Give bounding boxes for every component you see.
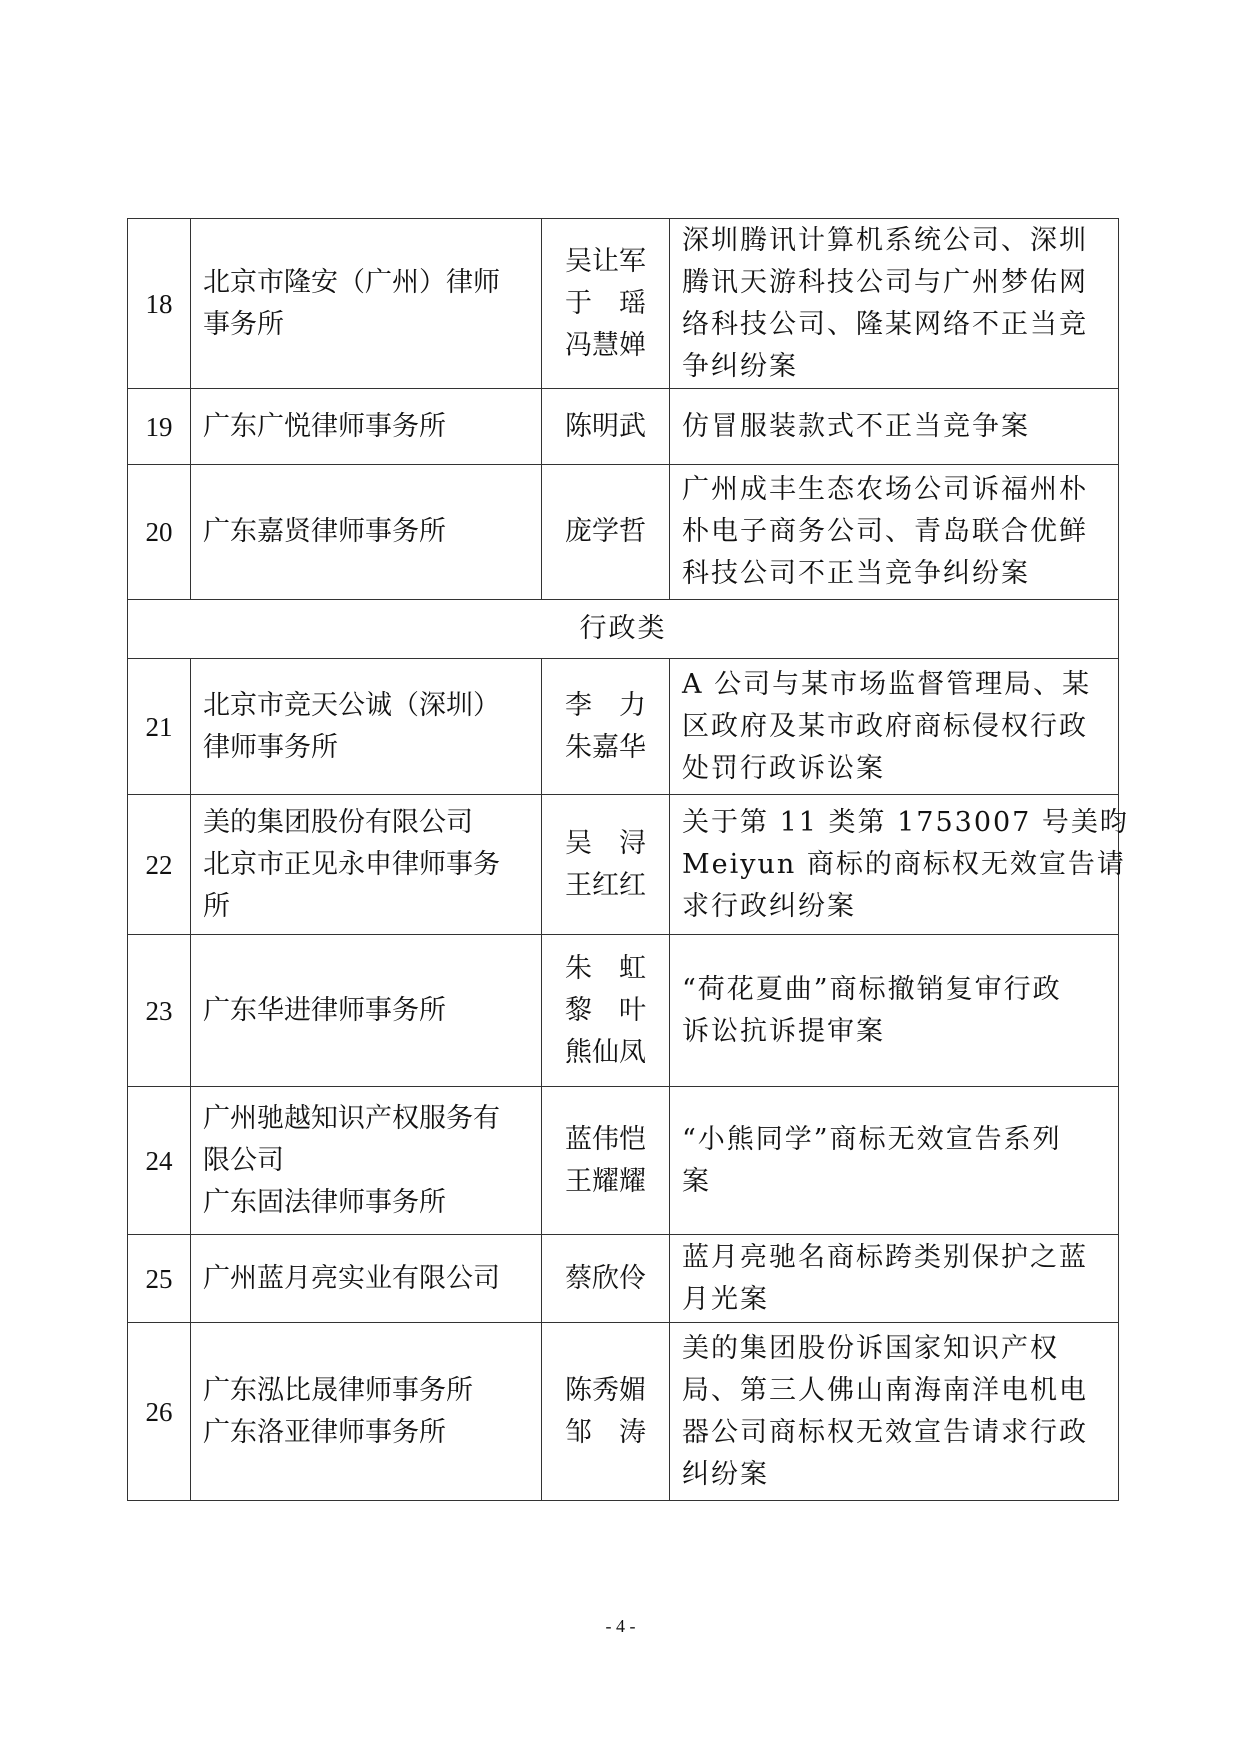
organization-line: 广东洛亚律师事务所 bbox=[203, 1412, 533, 1454]
case-line: 腾讯天游科技公司与广州梦佑网 bbox=[682, 262, 1108, 304]
people-cell: 朱 虹黎 叶熊仙凤 bbox=[542, 935, 670, 1087]
organization-cell: 广州驰越知识产权服务有限公司广东固法律师事务所 bbox=[191, 1087, 542, 1235]
case-line: Meiyun 商标的商标权无效宣告请 bbox=[682, 844, 1108, 886]
case-line: 案 bbox=[682, 1161, 1108, 1203]
people-line: 王耀耀 bbox=[542, 1161, 669, 1203]
organization-cell: 广州蓝月亮实业有限公司 bbox=[191, 1235, 542, 1323]
case-line: 深圳腾讯计算机系统公司、深圳 bbox=[682, 220, 1108, 262]
organization-line: 广东华进律师事务所 bbox=[203, 990, 533, 1032]
case-line: 局、第三人佛山南海南洋电机电 bbox=[682, 1370, 1108, 1412]
table-row: 21北京市竞天公诚（深圳）律师事务所李 力朱嘉华A 公司与某市场监督管理局、某区… bbox=[128, 659, 1119, 795]
row-number: 20 bbox=[128, 465, 191, 600]
organization-cell: 北京市竞天公诚（深圳）律师事务所 bbox=[191, 659, 542, 795]
case-cell: 仿冒服装款式不正当竞争案 bbox=[670, 389, 1119, 465]
case-line: A 公司与某市场监督管理局、某 bbox=[682, 664, 1108, 706]
case-line: 蓝月亮驰名商标跨类别保护之蓝 bbox=[682, 1237, 1108, 1279]
row-number: 18 bbox=[128, 219, 191, 389]
organization-cell: 广东嘉贤律师事务所 bbox=[191, 465, 542, 600]
case-line: 求行政纠纷案 bbox=[682, 886, 1108, 928]
case-cell: A 公司与某市场监督管理局、某区政府及某市政府商标侵权行政处罚行政诉讼案 bbox=[670, 659, 1119, 795]
case-line: 器公司商标权无效宣告请求行政 bbox=[682, 1412, 1108, 1454]
case-line: 关于第 11 类第 1753007 号美昀 bbox=[682, 802, 1108, 844]
case-line: 络科技公司、隆某网络不正当竞 bbox=[682, 304, 1108, 346]
organization-line: 广东嘉贤律师事务所 bbox=[203, 511, 533, 553]
table-row: 22美的集团股份有限公司北京市正见永申律师事务所吴 浔王红红关于第 11 类第 … bbox=[128, 795, 1119, 935]
people-cell: 蓝伟恺王耀耀 bbox=[542, 1087, 670, 1235]
organization-line: 北京市竞天公诚（深圳） bbox=[203, 685, 533, 727]
organization-line: 律师事务所 bbox=[203, 727, 533, 769]
table-row: 19广东广悦律师事务所陈明武仿冒服装款式不正当竞争案 bbox=[128, 389, 1119, 465]
awards-table: 18北京市隆安（广州）律师事务所吴让军于 瑶冯慧婵深圳腾讯计算机系统公司、深圳腾… bbox=[127, 218, 1119, 1501]
case-line: “小熊同学”商标无效宣告系列 bbox=[682, 1119, 1108, 1161]
people-cell: 吴 浔王红红 bbox=[542, 795, 670, 935]
table-row: 18北京市隆安（广州）律师事务所吴让军于 瑶冯慧婵深圳腾讯计算机系统公司、深圳腾… bbox=[128, 219, 1119, 389]
case-cell: 深圳腾讯计算机系统公司、深圳腾讯天游科技公司与广州梦佑网络科技公司、隆某网络不正… bbox=[670, 219, 1119, 389]
people-line: 陈秀媚 bbox=[542, 1370, 669, 1412]
organization-cell: 广东广悦律师事务所 bbox=[191, 389, 542, 465]
row-number: 21 bbox=[128, 659, 191, 795]
row-number: 23 bbox=[128, 935, 191, 1087]
case-cell: “小熊同学”商标无效宣告系列案 bbox=[670, 1087, 1119, 1235]
case-cell: 蓝月亮驰名商标跨类别保护之蓝月光案 bbox=[670, 1235, 1119, 1323]
row-number: 24 bbox=[128, 1087, 191, 1235]
people-cell: 陈秀媚邹 涛 bbox=[542, 1323, 670, 1501]
organization-line: 广东固法律师事务所 bbox=[203, 1182, 533, 1224]
case-cell: 美的集团股份诉国家知识产权局、第三人佛山南海南洋电机电器公司商标权无效宣告请求行… bbox=[670, 1323, 1119, 1501]
organization-line: 广东广悦律师事务所 bbox=[203, 406, 533, 448]
case-line: 仿冒服装款式不正当竞争案 bbox=[682, 406, 1108, 448]
organization-cell: 广东泓比晟律师事务所广东洛亚律师事务所 bbox=[191, 1323, 542, 1501]
organization-cell: 北京市隆安（广州）律师事务所 bbox=[191, 219, 542, 389]
organization-line: 事务所 bbox=[203, 304, 533, 346]
case-line: 争纠纷案 bbox=[682, 346, 1108, 388]
case-line: 区政府及某市政府商标侵权行政 bbox=[682, 706, 1108, 748]
case-cell: 关于第 11 类第 1753007 号美昀Meiyun 商标的商标权无效宣告请求… bbox=[670, 795, 1119, 935]
people-cell: 庞学哲 bbox=[542, 465, 670, 600]
people-line: 蔡欣伶 bbox=[542, 1258, 669, 1300]
case-line: 朴电子商务公司、青岛联合优鲜 bbox=[682, 511, 1108, 553]
people-line: 吴 浔 bbox=[542, 823, 669, 865]
table-body: 18北京市隆安（广州）律师事务所吴让军于 瑶冯慧婵深圳腾讯计算机系统公司、深圳腾… bbox=[128, 219, 1119, 1501]
people-line: 王红红 bbox=[542, 865, 669, 907]
people-cell: 吴让军于 瑶冯慧婵 bbox=[542, 219, 670, 389]
table-row: 24广州驰越知识产权服务有限公司广东固法律师事务所蓝伟恺王耀耀“小熊同学”商标无… bbox=[128, 1087, 1119, 1235]
organization-line: 美的集团股份有限公司 bbox=[203, 802, 533, 844]
people-line: 吴让军 bbox=[542, 241, 669, 283]
case-line: 科技公司不正当竞争纠纷案 bbox=[682, 553, 1108, 595]
section-header-row: 行政类 bbox=[128, 600, 1119, 659]
case-cell: “荷花夏曲”商标撤销复审行政诉讼抗诉提审案 bbox=[670, 935, 1119, 1087]
case-line: 月光案 bbox=[682, 1279, 1108, 1321]
organization-line: 北京市正见永申律师事务 bbox=[203, 844, 533, 886]
people-line: 朱嘉华 bbox=[542, 727, 669, 769]
organization-cell: 美的集团股份有限公司北京市正见永申律师事务所 bbox=[191, 795, 542, 935]
people-cell: 陈明武 bbox=[542, 389, 670, 465]
row-number: 25 bbox=[128, 1235, 191, 1323]
section-title: 行政类 bbox=[128, 600, 1119, 659]
people-line: 冯慧婵 bbox=[542, 325, 669, 367]
organization-line: 广州蓝月亮实业有限公司 bbox=[203, 1258, 533, 1300]
case-line: 纠纷案 bbox=[682, 1454, 1108, 1496]
case-line: 广州成丰生态农场公司诉福州朴 bbox=[682, 469, 1108, 511]
people-line: 朱 虹 bbox=[542, 948, 669, 990]
people-line: 蓝伟恺 bbox=[542, 1119, 669, 1161]
table-row: 20广东嘉贤律师事务所庞学哲广州成丰生态农场公司诉福州朴朴电子商务公司、青岛联合… bbox=[128, 465, 1119, 600]
people-line: 庞学哲 bbox=[542, 511, 669, 553]
organization-line: 限公司 bbox=[203, 1140, 533, 1182]
people-line: 李 力 bbox=[542, 685, 669, 727]
table-row: 26广东泓比晟律师事务所广东洛亚律师事务所陈秀媚邹 涛美的集团股份诉国家知识产权… bbox=[128, 1323, 1119, 1501]
organization-line: 广州驰越知识产权服务有 bbox=[203, 1098, 533, 1140]
row-number: 22 bbox=[128, 795, 191, 935]
organization-line: 北京市隆安（广州）律师 bbox=[203, 262, 533, 304]
row-number: 26 bbox=[128, 1323, 191, 1501]
case-line: 处罚行政诉讼案 bbox=[682, 748, 1108, 790]
people-line: 陈明武 bbox=[542, 406, 669, 448]
table-row: 25广州蓝月亮实业有限公司蔡欣伶蓝月亮驰名商标跨类别保护之蓝月光案 bbox=[128, 1235, 1119, 1323]
organization-cell: 广东华进律师事务所 bbox=[191, 935, 542, 1087]
case-cell: 广州成丰生态农场公司诉福州朴朴电子商务公司、青岛联合优鲜科技公司不正当竞争纠纷案 bbox=[670, 465, 1119, 600]
case-line: “荷花夏曲”商标撤销复审行政 bbox=[682, 969, 1108, 1011]
page-number: - 4 - bbox=[0, 1616, 1241, 1637]
case-line: 诉讼抗诉提审案 bbox=[682, 1011, 1108, 1053]
row-number: 19 bbox=[128, 389, 191, 465]
organization-line: 广东泓比晟律师事务所 bbox=[203, 1370, 533, 1412]
organization-line: 所 bbox=[203, 886, 533, 928]
people-line: 于 瑶 bbox=[542, 283, 669, 325]
people-line: 邹 涛 bbox=[542, 1412, 669, 1454]
people-cell: 蔡欣伶 bbox=[542, 1235, 670, 1323]
people-cell: 李 力朱嘉华 bbox=[542, 659, 670, 795]
people-line: 黎 叶 bbox=[542, 990, 669, 1032]
table-row: 23广东华进律师事务所朱 虹黎 叶熊仙凤“荷花夏曲”商标撤销复审行政诉讼抗诉提审… bbox=[128, 935, 1119, 1087]
case-line: 美的集团股份诉国家知识产权 bbox=[682, 1328, 1108, 1370]
people-line: 熊仙凤 bbox=[542, 1032, 669, 1074]
